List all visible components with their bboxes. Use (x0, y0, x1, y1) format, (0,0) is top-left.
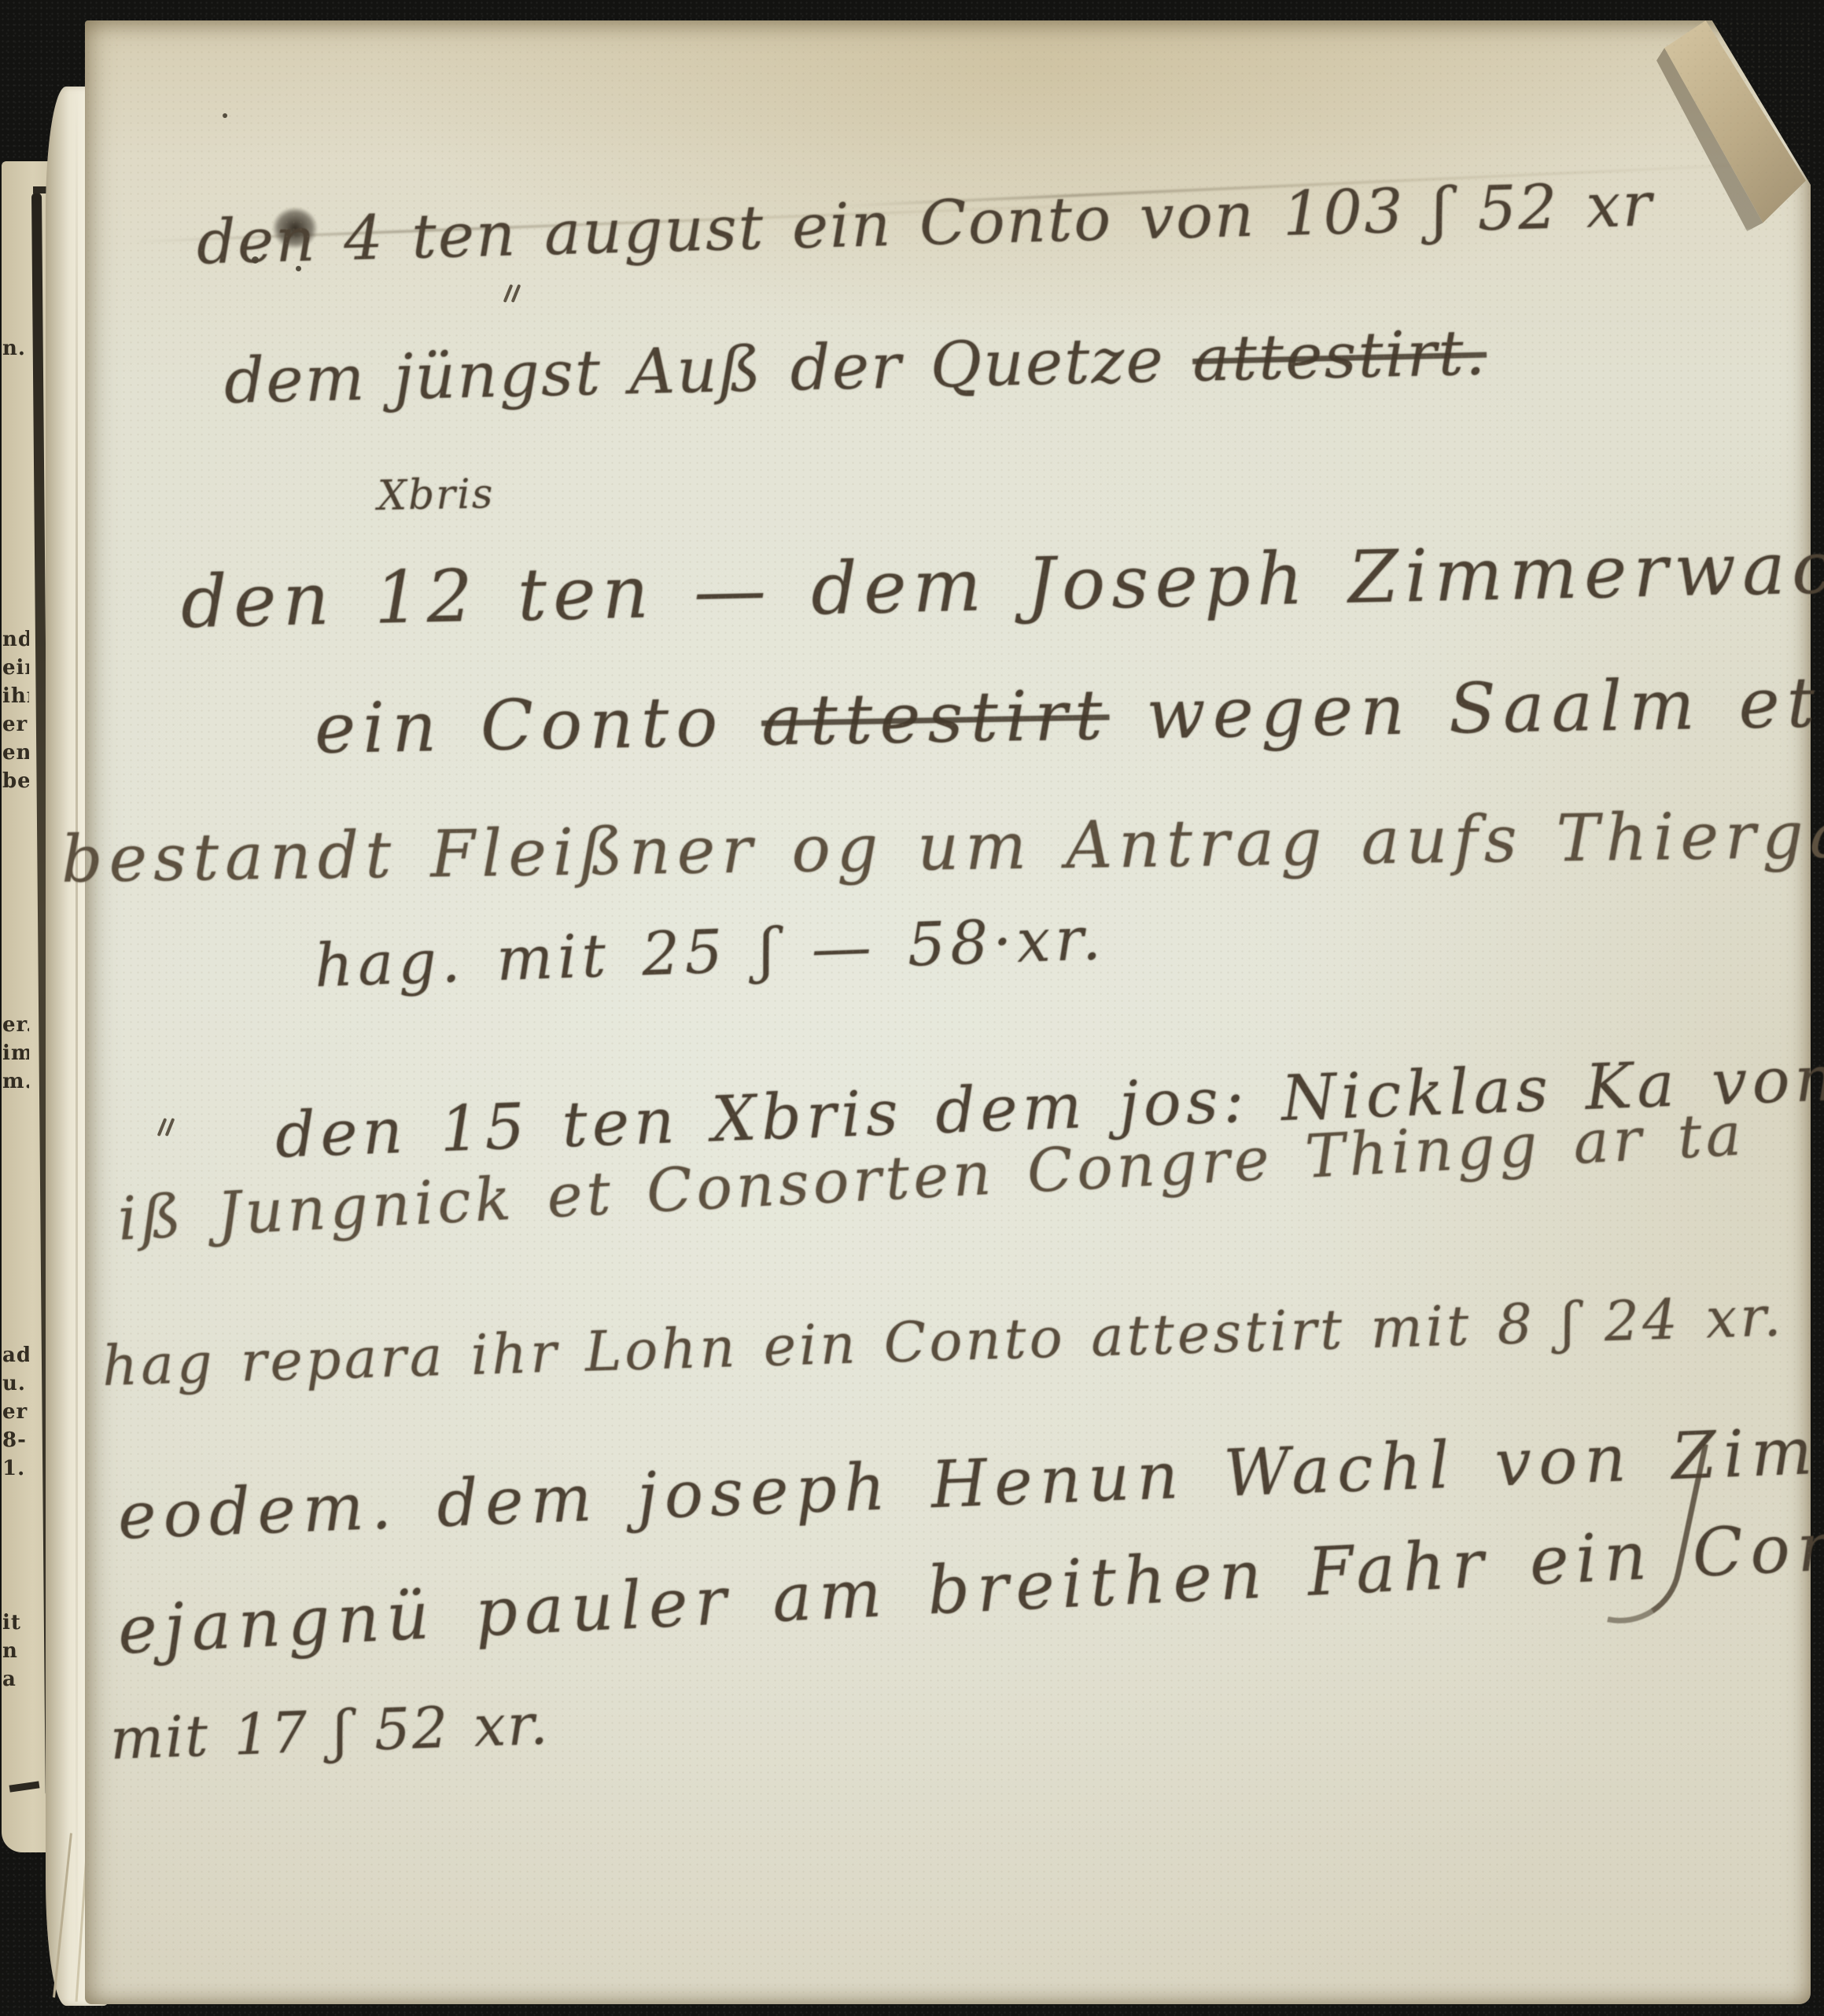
manuscript-line-2: dem jüngst Auß der Quetze attestirt. (223, 322, 1487, 413)
ink-speck (223, 113, 227, 118)
printed-fragment: ad u. er 8- 1. (2, 1341, 29, 1483)
manuscript-line-7: hag. mit 25 ʃ — 58·xr. (314, 908, 1107, 996)
manuscript-line-5: ein Conto attestirt wegen Saalm et (314, 669, 1822, 764)
manuscript-page: den 4 ten august ein Conto von 103 ʃ 52 … (85, 20, 1811, 2004)
double-stroke-mark (156, 1118, 176, 1138)
printed-fragment: er. im m. (2, 1011, 29, 1096)
manuscript-line-2-text: dem jüngst Auß der Quetze (223, 322, 1193, 418)
printed-fragment: nd ein ihr er en- bes (2, 625, 29, 795)
strikethrough-word: attestirt (761, 674, 1110, 761)
fore-edge-crease (76, 87, 78, 2006)
folded-corner (1652, 20, 1811, 231)
printed-frame-corner-bottom (9, 1781, 40, 1792)
manuscript-line-13: mit 17 ʃ 52 xr. (109, 1696, 551, 1767)
manuscript-line-4: den 12 ten — dem Joseph Zimmerwachl (180, 530, 1824, 639)
manuscript-line-3: Xbris (378, 474, 495, 517)
manuscript-line-10: hag repara ihr Lohn ein Conto attestirt … (101, 1289, 1785, 1394)
scan-background: n. nd ein ihr er en- bes er. im m. ad u.… (0, 0, 1824, 2016)
manuscript-line-1: den 4 ten august ein Conto von 103 ʃ 52 … (196, 175, 1654, 274)
printed-fragment: n. (2, 334, 29, 363)
printed-fragment: it n a (2, 1609, 29, 1694)
manuscript-line-5-text: ein Conto (314, 680, 762, 769)
manuscript-line-6: bestandt Fleißner og um Antrag aufs Thie… (61, 802, 1824, 893)
manuscript-line-5-text: wegen Saalm et (1109, 662, 1822, 756)
double-stroke-mark (502, 284, 522, 304)
strikethrough-word: attestirt. (1192, 316, 1487, 396)
